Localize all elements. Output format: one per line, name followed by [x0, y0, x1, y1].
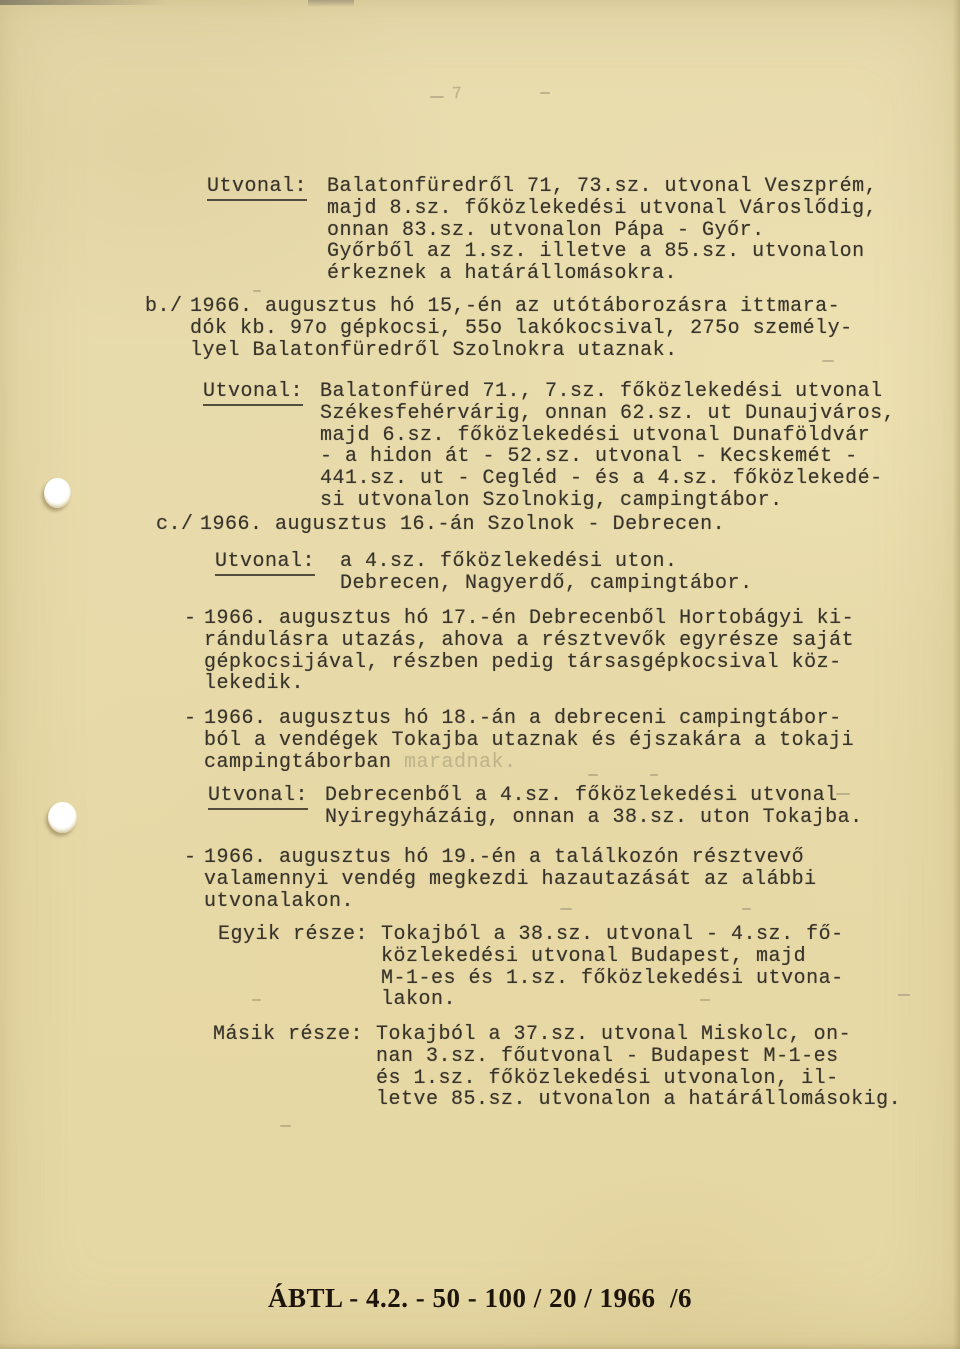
smudge-mark	[898, 994, 910, 996]
text-line: 1966. augusztus hó 15,-én az utótáborozá…	[190, 296, 853, 318]
text-line: onnan 83.sz. utvonalon Pápa - Győr.	[327, 220, 877, 242]
smudge-mark	[560, 908, 572, 910]
dash-marker-cell: -	[184, 847, 204, 869]
route-label-cell: Utvonal:	[207, 176, 327, 198]
text-line: dók kb. 97o gépkocsi, 55o lakókocsival, …	[190, 318, 853, 340]
item-lines: 1966. augusztus hó 15,-én az utótáborozá…	[190, 296, 853, 361]
route-label: Utvonal:	[207, 175, 307, 201]
text-line: M-1-es és 1.sz. főközlekedési utvona-	[381, 968, 844, 990]
text-line: Balatonfüredről 71, 73.sz. utvonal Veszp…	[327, 176, 877, 198]
event-lines: 1966. augusztus hó 18.-án a debreceni ca…	[204, 708, 854, 773]
dash-marker-cell: -	[184, 708, 204, 730]
smudge-mark	[280, 1125, 291, 1127]
part-paragraph-two: Másik része: Tokajból a 37.sz. utvonal M…	[213, 1024, 901, 1111]
route-label: Utvonal:	[208, 784, 308, 810]
text-line: gépkocsijával, részben pedig társasgépko…	[204, 652, 854, 674]
text-line: rándulásra utazás, ahova a résztvevők eg…	[204, 630, 854, 652]
scanned-document-page: { "doc": { "page_mark": "7", "sections":…	[0, 0, 960, 1349]
text-line: majd 8.sz. főközlekedési utvonal Városlő…	[327, 198, 877, 220]
text-line: Nyiregyházáig, onnan a 38.sz. uton Tokaj…	[325, 807, 863, 829]
text-line: nan 3.sz. főutvonal - Budapest M-1-es	[376, 1046, 901, 1068]
text-line: Debrecenből a 4.sz. főközlekedési utvona…	[325, 785, 863, 807]
event-paragraph-aug19: - 1966. augusztus hó 19.-én a találkozón…	[184, 847, 817, 912]
route-paragraph-tokaj: Utvonal: Debrecenből a 4.sz. főközlekedé…	[208, 785, 863, 829]
route-paragraph-intro: Utvonal: Balatonfüredről 71, 73.sz. utvo…	[207, 176, 877, 285]
text-line: lekedik.	[204, 673, 854, 695]
text-line: Tokajból a 37.sz. utvonal Miskolc, on-	[376, 1024, 901, 1046]
scan-edge-bottom	[0, 1343, 960, 1349]
text-line: majd 6.sz. főközlekedési utvonal Dunaföl…	[320, 425, 895, 447]
text-line: lakon.	[381, 989, 844, 1011]
smudge-mark	[836, 793, 850, 795]
part-label-cell: Egyik része:	[218, 924, 381, 946]
text-line: érkeznek a határállomásokra.	[327, 263, 877, 285]
text-line: és 1.sz. főközlekedési utvonalon, il-	[376, 1068, 901, 1090]
archive-reference-footer: ÁBTL - 4.2. - 50 - 100 / 20 / 1966 /6	[0, 1283, 960, 1314]
punch-hole	[44, 478, 71, 508]
smudge-mark	[540, 92, 550, 94]
smudge-mark	[588, 774, 598, 776]
text-line: a 4.sz. főközlekedési uton.	[340, 551, 753, 573]
route-lines: Balatonfüredről 71, 73.sz. utvonal Veszp…	[327, 176, 877, 285]
text-line: 1966. augusztus hó 18.-án a debreceni ca…	[204, 708, 854, 730]
smudge-mark	[822, 360, 834, 362]
scan-edge-mark	[308, 0, 354, 7]
smudge-mark	[742, 908, 751, 910]
item-marker: b./	[145, 295, 183, 318]
dash-marker-cell: -	[184, 608, 204, 630]
text-line: ból a vendégek Tokajba utaznak és éjszak…	[204, 730, 854, 752]
text-line: Debrecen, Nagyerdő, campingtábor.	[340, 573, 753, 595]
event-lines: 1966. augusztus hó 17.-én Debrecenből Ho…	[204, 608, 854, 695]
text-line: si utvonalon Szolnokig, campingtábor.	[320, 490, 895, 512]
smudge-mark	[700, 999, 710, 1001]
text-line: Balatonfüred 71., 7.sz. főközlekedési ut…	[320, 381, 895, 403]
text-line: Székesfehérvárig, onnan 62.sz. ut Dunauj…	[320, 403, 895, 425]
part-lines: Tokajból a 37.sz. utvonal Miskolc, on- n…	[376, 1024, 901, 1111]
route-label: Utvonal:	[215, 550, 315, 576]
part-paragraph-one: Egyik része: Tokajból a 38.sz. utvonal -…	[218, 924, 844, 1011]
route-lines: Balatonfüred 71., 7.sz. főközlekedési ut…	[320, 381, 895, 512]
scan-edge-top	[0, 0, 170, 5]
text-line: közlekedési utvonal Budapest, majd	[381, 946, 844, 968]
text-line: Tokajból a 38.sz. utvonal - 4.sz. fő-	[381, 924, 844, 946]
event-paragraph-aug17: - 1966. augusztus hó 17.-én Debrecenből …	[184, 608, 854, 695]
dash-marker: -	[184, 707, 197, 730]
route-label: Utvonal:	[203, 380, 303, 406]
text-line: 441.sz. ut - Cegléd - és a 4.sz. főközle…	[320, 468, 895, 490]
text-line: 1966. augusztus 16.-án Szolnok - Debrece…	[200, 514, 725, 536]
route-paragraph-c: Utvonal: a 4.sz. főközlekedési uton. Deb…	[215, 551, 753, 595]
text-line: 1966. augusztus hó 17.-én Debrecenből Ho…	[204, 608, 854, 630]
part-lines: Tokajból a 38.sz. utvonal - 4.sz. fő- kö…	[381, 924, 844, 1011]
smudge-mark	[253, 290, 261, 292]
smudge-mark	[252, 999, 261, 1001]
item-marker-cell: c./	[156, 514, 200, 536]
route-lines: Debrecenből a 4.sz. főközlekedési utvona…	[325, 785, 863, 829]
part-label: Egyik része:	[218, 923, 368, 946]
route-lines: a 4.sz. főközlekedési uton. Debrecen, Na…	[340, 551, 753, 595]
list-item-c: c./ 1966. augusztus 16.-án Szolnok - Deb…	[156, 514, 725, 536]
route-label-cell: Utvonal:	[203, 381, 320, 403]
event-lines: 1966. augusztus hó 19.-én a találkozón r…	[204, 847, 817, 912]
route-label-cell: Utvonal:	[208, 785, 325, 807]
route-label-cell: Utvonal:	[215, 551, 340, 573]
dash-marker: -	[184, 607, 197, 630]
scan-edge-right	[953, 0, 960, 1349]
smudge-mark	[430, 96, 444, 98]
smudge-mark	[650, 774, 658, 776]
list-item-b: b./ 1966. augusztus hó 15,-én az utótábo…	[145, 296, 853, 361]
item-lines: 1966. augusztus 16.-án Szolnok - Debrece…	[200, 514, 725, 536]
text-line: valamennyi vendég megkezdi hazautazását …	[204, 869, 817, 891]
text-line: - a hidon át - 52.sz. utvonal - Kecskemé…	[320, 446, 895, 468]
faint-page-number: 7	[451, 84, 465, 106]
part-label-cell: Másik része:	[213, 1024, 376, 1046]
text-line: 1966. augusztus hó 19.-én a találkozón r…	[204, 847, 817, 869]
item-marker-cell: b./	[145, 296, 190, 318]
text-line: lyel Balatonfüredről Szolnokra utaznak.	[190, 340, 853, 362]
faded-text: maradnak.	[404, 751, 517, 774]
text-segment: campingtáborban	[204, 751, 404, 774]
punch-hole	[48, 802, 77, 833]
text-line: Győrből az 1.sz. illetve a 85.sz. utvona…	[327, 241, 877, 263]
item-marker: c./	[156, 513, 194, 536]
dash-marker: -	[184, 846, 197, 869]
event-paragraph-aug18: - 1966. augusztus hó 18.-án a debreceni …	[184, 708, 854, 773]
part-label: Másik része:	[213, 1023, 363, 1046]
text-line: campingtáborban maradnak.	[204, 752, 854, 774]
route-paragraph-b: Utvonal: Balatonfüred 71., 7.sz. főközle…	[203, 381, 895, 512]
text-line: utvonalakon.	[204, 891, 817, 913]
text-line: letve 85.sz. utvonalon a határállomásoki…	[376, 1089, 901, 1111]
